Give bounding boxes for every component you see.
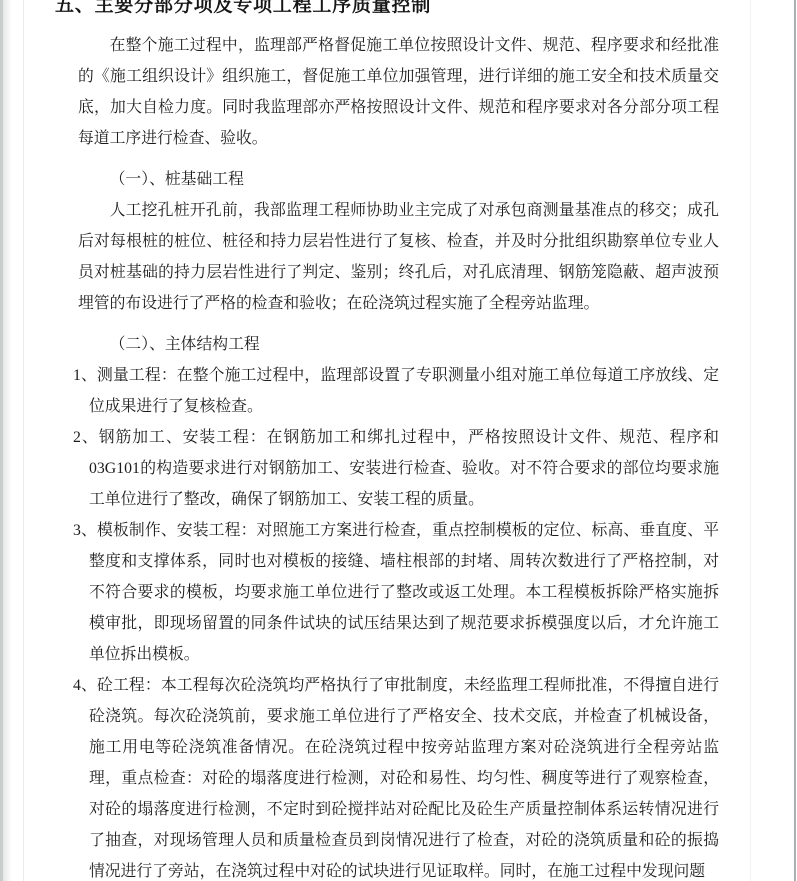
list-item-4-marker: 4、 xyxy=(73,677,97,694)
list-item-2-marker: 2、 xyxy=(73,429,99,446)
document-title: 五、主要分部分项及专项工程工序质量控制 xyxy=(55,0,431,17)
list-item-3-text: 模板制作、安装工程：对照施工方案进行检查，重点控制模板的定位、标高、垂直度、平整… xyxy=(89,522,719,663)
list-item-3: 3、模板制作、安装工程：对照施工方案进行检查，重点控制模板的定位、标高、垂直度、… xyxy=(73,515,719,670)
scan-fold-line-right xyxy=(750,0,751,881)
list-item-1-text: 测量工程：在整个施工过程中，监理部设置了专职测量小组对施工单位每道工序放线、定位… xyxy=(89,367,719,415)
list-item-4-text: 砼工程：本工程每次砼浇筑均严格执行了审批制度，未经监理工程师批准，不得擅自进行砼… xyxy=(89,677,719,880)
document-content: 在整个施工过程中，监理部严格督促施工单位按照设计文件、规范、程序要求和经批准的《… xyxy=(78,30,719,881)
list-item-3-marker: 3、 xyxy=(73,522,97,539)
list-item-2: 2、钢筋加工、安装工程：在钢筋加工和绑扎过程中，严格按照设计文件、规范、程序和 … xyxy=(73,422,719,515)
page-right-edge xyxy=(794,0,796,881)
list-item-2-text: 钢筋加工、安装工程：在钢筋加工和绑扎过程中，严格按照设计文件、规范、程序和 03… xyxy=(89,429,719,508)
page-left-edge-shadow xyxy=(3,0,12,881)
section-1-heading: （一）、桩基础工程 xyxy=(78,164,719,195)
scan-fold-line-left xyxy=(23,0,24,881)
section-1-paragraph: 人工挖孔桩开孔前，我部监理工程师协助业主完成了对承包商测量基准点的移交；成孔后对… xyxy=(78,195,719,319)
intro-paragraph: 在整个施工过程中，监理部严格督促施工单位按照设计文件、规范、程序要求和经批准的《… xyxy=(78,30,719,154)
section-2-heading: （二）、主体结构工程 xyxy=(78,329,719,360)
list-item-1: 1、测量工程：在整个施工过程中，监理部设置了专职测量小组对施工单位每道工序放线、… xyxy=(73,360,719,422)
scanned-document-page: 五、主要分部分项及专项工程工序质量控制 在整个施工过程中，监理部严格督促施工单位… xyxy=(0,0,797,881)
list-item-4: 4、砼工程：本工程每次砼浇筑均严格执行了审批制度，未经监理工程师批准，不得擅自进… xyxy=(73,670,719,881)
list-item-1-marker: 1、 xyxy=(73,367,97,384)
